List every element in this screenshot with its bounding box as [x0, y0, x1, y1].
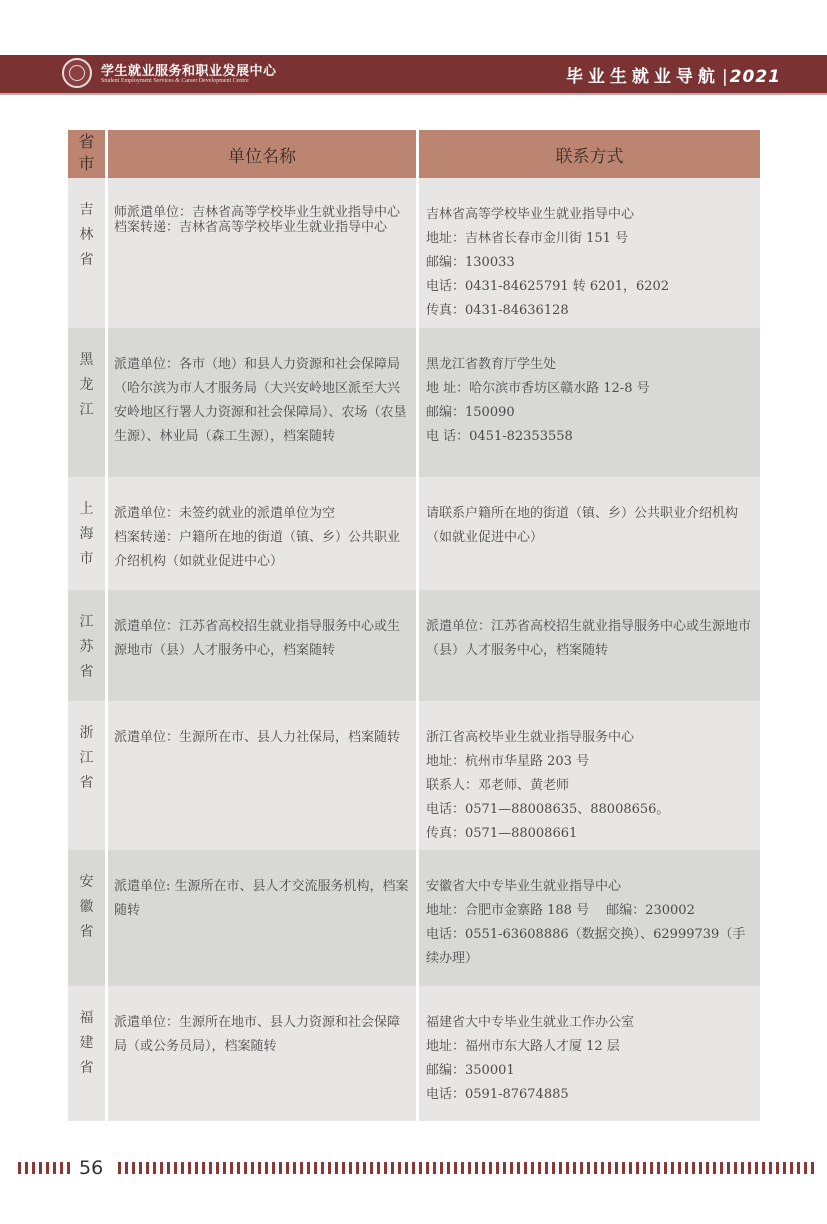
tick-mark	[307, 1162, 310, 1174]
tick-mark	[566, 1162, 569, 1174]
unit-cell: 师派遣单位：吉林省高等学校毕业生就业指导中心档案转递：吉林省高等学校毕业生就业指…	[108, 178, 416, 328]
unit-text: 派遣单位：生源所在市、县人力社保局，档案随转	[114, 726, 410, 750]
tick-mark	[447, 1162, 450, 1174]
tick-mark	[237, 1162, 240, 1174]
tick-mark	[629, 1162, 632, 1174]
tick-mark	[699, 1162, 702, 1174]
tick-mark	[636, 1162, 639, 1174]
tick-mark	[650, 1162, 653, 1174]
contact-cell: 浙江省高校毕业生就业指导服务中心地址：杭州市华星路 203 号联系人：邓老师、黄…	[419, 701, 760, 850]
tick-mark	[489, 1162, 492, 1174]
contact-line: 邮编：130033	[426, 251, 754, 275]
tick-mark	[118, 1162, 121, 1174]
tick-mark	[251, 1162, 254, 1174]
tick-mark	[608, 1162, 611, 1174]
tick-mark	[671, 1162, 674, 1174]
tick-mark	[622, 1162, 625, 1174]
contact-line: 地址：合肥市金寨路 188 号 邮编：230002	[426, 899, 754, 923]
tick-mark	[391, 1162, 394, 1174]
footer-ticks-left	[18, 1162, 74, 1181]
table-row: 安徽省派遣单位: 生源所在市、县人才交流服务机构，档案随转安徽省大中专毕业生就业…	[68, 850, 760, 986]
tick-mark	[230, 1162, 233, 1174]
table-row: 江苏省派遣单位：江苏省高校招生就业指导服务中心或生源地市（县）人才服务中心，档案…	[68, 590, 760, 701]
table-row: 福建省派遣单位：生源所在地市、县人力资源和社会保障局（或公务员局），档案随转福建…	[68, 986, 760, 1121]
tick-mark	[25, 1162, 28, 1174]
tick-mark	[167, 1162, 170, 1174]
tick-mark	[461, 1162, 464, 1174]
tick-mark	[657, 1162, 660, 1174]
tick-mark	[300, 1162, 303, 1174]
contact-cell: 派遣单位：江苏省高校招生就业指导服务中心或生源地市（县）人才服务中心，档案随转	[419, 590, 760, 701]
contact-line: 地址：杭州市华星路 203 号	[426, 750, 754, 774]
contact-line: 地址：福州市东大路人才厦 12 层	[426, 1035, 754, 1059]
tick-mark	[377, 1162, 380, 1174]
province-cell: 江苏省	[68, 590, 105, 701]
province-cell: 黑龙江	[68, 328, 105, 477]
tick-mark	[160, 1162, 163, 1174]
tick-mark	[279, 1162, 282, 1174]
tick-mark	[363, 1162, 366, 1174]
tick-mark	[258, 1162, 261, 1174]
tick-mark	[195, 1162, 198, 1174]
contact-line: 传真：0431-84636128	[426, 299, 754, 323]
unit-cell: 派遣单位：江苏省高校招生就业指导服务中心或生源地市（县）人才服务中心，档案随转	[108, 590, 416, 701]
tick-mark	[321, 1162, 324, 1174]
tick-mark	[524, 1162, 527, 1174]
tick-mark	[573, 1162, 576, 1174]
tick-mark	[706, 1162, 709, 1174]
tick-mark	[60, 1162, 63, 1174]
table-header-row: 省 市 单位名称 联系方式	[68, 130, 760, 178]
tick-mark	[559, 1162, 562, 1174]
employment-dispatch-table: 省 市 单位名称 联系方式 吉林省师派遣单位：吉林省高等学校毕业生就业指导中心档…	[68, 130, 760, 1121]
contact-line: 安徽省大中专毕业生就业指导中心	[426, 875, 754, 899]
tick-mark	[475, 1162, 478, 1174]
org-name-cn: 学生就业服务和职业发展中心	[101, 60, 277, 79]
unit-cell: 派遣单位：未签约就业的派遣单位为空档案转递：户籍所在地的街道（镇、乡）公共职业介…	[108, 477, 416, 590]
tick-mark	[181, 1162, 184, 1174]
contact-cell: 吉林省高等学校毕业生就业指导中心地址：吉林省长春市金川街 151 号邮编：130…	[419, 178, 760, 328]
tick-mark	[314, 1162, 317, 1174]
tick-mark	[664, 1162, 667, 1174]
tick-mark	[552, 1162, 555, 1174]
tick-mark	[776, 1162, 779, 1174]
tick-mark	[790, 1162, 793, 1174]
tick-mark	[384, 1162, 387, 1174]
tick-mark	[713, 1162, 716, 1174]
tick-mark	[692, 1162, 695, 1174]
tick-mark	[748, 1162, 751, 1174]
unit-cell: 派遣单位：生源所在地市、县人力资源和社会保障局（或公务员局），档案随转	[108, 986, 416, 1121]
tick-mark	[482, 1162, 485, 1174]
tick-mark	[587, 1162, 590, 1174]
header-banner: 学生就业服务和职业发展中心 Student Employment Service…	[0, 55, 827, 95]
tick-mark	[342, 1162, 345, 1174]
unit-text: 派遣单位：各市（地）和县人力资源和社会保障局（哈尔滨为市人才服务局（大兴安岭地区…	[114, 353, 410, 449]
tick-mark	[741, 1162, 744, 1174]
tick-mark	[209, 1162, 212, 1174]
tick-mark	[153, 1162, 156, 1174]
contact-line: 黑龙江省教育厅学生处	[426, 353, 754, 377]
province-cell: 福建省	[68, 986, 105, 1121]
tick-mark	[39, 1162, 42, 1174]
tick-mark	[398, 1162, 401, 1174]
tick-mark	[146, 1162, 149, 1174]
unit-cell: 派遣单位：生源所在市、县人力社保局，档案随转	[108, 701, 416, 850]
tick-mark	[804, 1162, 807, 1174]
university-logo-icon	[62, 58, 92, 88]
tick-mark	[293, 1162, 296, 1174]
tick-mark	[419, 1162, 422, 1174]
table-row: 上海市派遣单位：未签约就业的派遣单位为空档案转递：户籍所在地的街道（镇、乡）公共…	[68, 477, 760, 590]
tick-mark	[188, 1162, 191, 1174]
tick-mark	[734, 1162, 737, 1174]
tick-mark	[53, 1162, 56, 1174]
tick-mark	[265, 1162, 268, 1174]
tick-mark	[405, 1162, 408, 1174]
contact-line: 传真：0571—88008661	[426, 822, 754, 846]
province-cell: 吉林省	[68, 178, 105, 328]
guide-title: 毕业生就业导航|2021	[566, 62, 781, 87]
contact-line: 电 话：0451-82353558	[426, 425, 754, 449]
tick-mark	[468, 1162, 471, 1174]
tick-mark	[328, 1162, 331, 1174]
unit-text: 档案转递：吉林省高等学校毕业生就业指导中心	[114, 220, 410, 235]
tick-mark	[125, 1162, 128, 1174]
tick-mark	[454, 1162, 457, 1174]
province-cell: 浙江省	[68, 701, 105, 850]
table-row: 浙江省派遣单位：生源所在市、县人力社保局，档案随转浙江省高校毕业生就业指导服务中…	[68, 701, 760, 850]
tick-mark	[643, 1162, 646, 1174]
unit-text: 派遣单位: 生源所在市、县人才交流服务机构，档案随转	[114, 875, 410, 923]
tick-mark	[18, 1162, 21, 1174]
tick-mark	[762, 1162, 765, 1174]
header-unit-name: 单位名称	[108, 130, 416, 178]
tick-mark	[503, 1162, 506, 1174]
tick-mark	[531, 1162, 534, 1174]
tick-mark	[216, 1162, 219, 1174]
tick-mark	[783, 1162, 786, 1174]
contact-line: 地址：吉林省长春市金川街 151 号	[426, 227, 754, 251]
tick-mark	[412, 1162, 415, 1174]
contact-line: 联系人：邓老师、黄老师	[426, 774, 754, 798]
tick-mark	[678, 1162, 681, 1174]
province-cell: 上海市	[68, 477, 105, 590]
contact-line: 请联系户籍所在地的街道（镇、乡）公共职业介绍机构（如就业促进中心）	[426, 502, 754, 550]
table-row: 吉林省师派遣单位：吉林省高等学校毕业生就业指导中心档案转递：吉林省高等学校毕业生…	[68, 178, 760, 328]
tick-mark	[356, 1162, 359, 1174]
tick-mark	[538, 1162, 541, 1174]
contact-line: 地 址：哈尔滨市香坊区赣水路 12-8 号	[426, 377, 754, 401]
tick-mark	[685, 1162, 688, 1174]
org-name-en: Student Employment Services & Career Dev…	[101, 78, 249, 84]
province-cell: 安徽省	[68, 850, 105, 986]
header-contact: 联系方式	[419, 130, 760, 178]
tick-mark	[32, 1162, 35, 1174]
contact-cell: 安徽省大中专毕业生就业指导中心地址：合肥市金寨路 188 号 邮编：230002…	[419, 850, 760, 986]
tick-mark	[601, 1162, 604, 1174]
tick-mark	[335, 1162, 338, 1174]
tick-mark	[440, 1162, 443, 1174]
table-row: 黑龙江派遣单位：各市（地）和县人力资源和社会保障局（哈尔滨为市人才服务局（大兴安…	[68, 328, 760, 477]
contact-line: 电话：0591-87674885	[426, 1083, 754, 1107]
tick-mark	[769, 1162, 772, 1174]
unit-text: 档案转递：户籍所在地的街道（镇、乡）公共职业介绍机构（如就业促进中心）	[114, 526, 410, 574]
tick-mark	[426, 1162, 429, 1174]
tick-mark	[46, 1162, 49, 1174]
tick-mark	[811, 1162, 814, 1174]
tick-mark	[594, 1162, 597, 1174]
tick-mark	[223, 1162, 226, 1174]
contact-line: 邮编：350001	[426, 1059, 754, 1083]
contact-line: 电话：0551-63608886（数据交换）、62999739（手续办理）	[426, 923, 754, 971]
contact-line: 福建省大中专毕业生就业工作办公室	[426, 1011, 754, 1035]
guide-year: 2021	[730, 67, 781, 87]
page-footer: 56	[0, 1157, 827, 1179]
contact-line: 浙江省高校毕业生就业指导服务中心	[426, 726, 754, 750]
unit-text: 派遣单位：生源所在地市、县人力资源和社会保障局（或公务员局），档案随转	[114, 1011, 410, 1059]
contact-cell: 福建省大中专毕业生就业工作办公室地址：福州市东大路人才厦 12 层邮编：3500…	[419, 986, 760, 1121]
page-number: 56	[79, 1157, 103, 1179]
tick-mark	[580, 1162, 583, 1174]
contact-line: 吉林省高等学校毕业生就业指导中心	[426, 203, 754, 227]
guide-title-text: 毕业生就业导航	[566, 67, 720, 87]
unit-text: 派遣单位：未签约就业的派遣单位为空	[114, 502, 410, 526]
contact-line: 电话：0431-84625791 转 6201，6202	[426, 275, 754, 299]
unit-text: 派遣单位：江苏省高校招生就业指导服务中心或生源地市（县）人才服务中心，档案随转	[114, 615, 410, 663]
tick-mark	[272, 1162, 275, 1174]
tick-mark	[797, 1162, 800, 1174]
tick-mark	[720, 1162, 723, 1174]
tick-mark	[139, 1162, 142, 1174]
tick-mark	[517, 1162, 520, 1174]
tick-mark	[755, 1162, 758, 1174]
tick-mark	[67, 1162, 70, 1174]
unit-cell: 派遣单位：各市（地）和县人力资源和社会保障局（哈尔滨为市人才服务局（大兴安岭地区…	[108, 328, 416, 477]
contact-line: 派遣单位：江苏省高校招生就业指导服务中心或生源地市（县）人才服务中心，档案随转	[426, 615, 754, 663]
tick-mark	[349, 1162, 352, 1174]
title-separator: |	[722, 67, 728, 87]
tick-mark	[202, 1162, 205, 1174]
contact-cell: 请联系户籍所在地的街道（镇、乡）公共职业介绍机构（如就业促进中心）	[419, 477, 760, 590]
tick-mark	[244, 1162, 247, 1174]
tick-mark	[370, 1162, 373, 1174]
tick-mark	[545, 1162, 548, 1174]
tick-mark	[510, 1162, 513, 1174]
contact-line: 电话：0571—88008635、88008656。	[426, 798, 754, 822]
contact-cell: 黑龙江省教育厅学生处地 址：哈尔滨市香坊区赣水路 12-8 号邮编：150090…	[419, 328, 760, 477]
tick-mark	[174, 1162, 177, 1174]
tick-mark	[286, 1162, 289, 1174]
footer-ticks-right	[118, 1162, 818, 1181]
tick-mark	[433, 1162, 436, 1174]
header-province: 省 市	[68, 130, 105, 178]
unit-text: 师派遣单位：吉林省高等学校毕业生就业指导中心	[114, 205, 410, 220]
contact-line: 邮编：150090	[426, 401, 754, 425]
tick-mark	[727, 1162, 730, 1174]
tick-mark	[496, 1162, 499, 1174]
tick-mark	[615, 1162, 618, 1174]
unit-cell: 派遣单位: 生源所在市、县人才交流服务机构，档案随转	[108, 850, 416, 986]
tick-mark	[132, 1162, 135, 1174]
